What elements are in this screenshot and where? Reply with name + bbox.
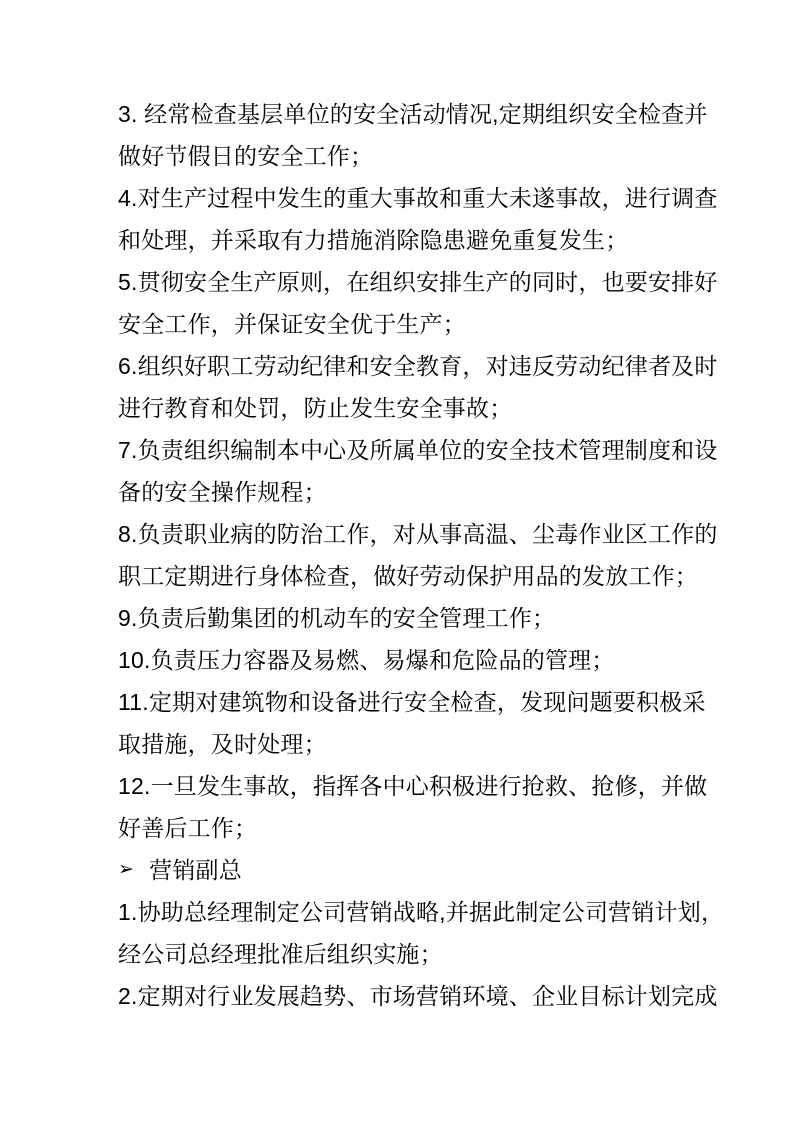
text-line: 4.对生产过程中发生的重大事故和重大未遂事故，进行调查	[118, 177, 680, 219]
list-item-10: 10.负责压力容器及易燃、易爆和危险品的管理；	[118, 639, 680, 681]
text-line: 8.负责职业病的防治工作，对从事高温、尘毒作业区工作的	[118, 513, 680, 555]
text-line: 安全工作，并保证安全优于生产；	[118, 303, 680, 345]
section-heading-line: ➢ 营销副总	[118, 849, 680, 891]
document-body: 3. 经常检查基层单位的安全活动情况,定期组织安全检查并 做好节假日的安全工作；…	[118, 93, 680, 1017]
list-item-8: 8.负责职业病的防治工作，对从事高温、尘毒作业区工作的 职工定期进行身体检查，做…	[118, 513, 680, 597]
text-line: 和处理，并采取有力措施消除隐患避免重复发生；	[118, 219, 680, 261]
document-page: { "page": { "background_color": "#ffffff…	[0, 0, 793, 1122]
arrowhead-bullet-icon: ➢	[118, 849, 134, 891]
text-line: 6.组织好职工劳动纪律和安全教育，对违反劳动纪律者及时	[118, 345, 680, 387]
text-line: 2.定期对行业发展趋势、市场营销环境、企业目标计划完成	[118, 975, 680, 1017]
list-item-1: 1.协助总经理制定公司营销战略,并据此制定公司营销计划， 经公司总经理批准后组织…	[118, 891, 680, 975]
list-item-11: 11.定期对建筑物和设备进行安全检查，发现问题要积极采 取措施，及时处理；	[118, 681, 680, 765]
list-item-6: 6.组织好职工劳动纪律和安全教育，对违反劳动纪律者及时 进行教育和处罚，防止发生…	[118, 345, 680, 429]
text-line: 7.负责组织编制本中心及所属单位的安全技术管理制度和设	[118, 429, 680, 471]
text-line: 5.贯彻安全生产原则，在组织安排生产的同时，也要安排好	[118, 261, 680, 303]
text-line: 做好节假日的安全工作；	[118, 135, 680, 177]
text-line: 12.一旦发生事故，指挥各中心积极进行抢救、抢修，并做	[118, 765, 680, 807]
list-item-9: 9.负责后勤集团的机动车的安全管理工作；	[118, 597, 680, 639]
text-line: 3. 经常检查基层单位的安全活动情况,定期组织安全检查并	[118, 93, 680, 135]
list-item-3: 3. 经常检查基层单位的安全活动情况,定期组织安全检查并 做好节假日的安全工作；	[118, 93, 680, 177]
text-line: 好善后工作；	[118, 807, 680, 849]
text-line: 职工定期进行身体检查，做好劳动保护用品的发放工作；	[118, 555, 680, 597]
text-line: 经公司总经理批准后组织实施；	[118, 933, 680, 975]
text-line: 9.负责后勤集团的机动车的安全管理工作；	[118, 597, 680, 639]
text-line: 10.负责压力容器及易燃、易爆和危险品的管理；	[118, 639, 680, 681]
list-item-12: 12.一旦发生事故，指挥各中心积极进行抢救、抢修，并做 好善后工作；	[118, 765, 680, 849]
text-line: 11.定期对建筑物和设备进行安全检查，发现问题要积极采	[118, 681, 680, 723]
section-heading-text: 营销副总	[149, 849, 242, 891]
list-item-2: 2.定期对行业发展趋势、市场营销环境、企业目标计划完成	[118, 975, 680, 1017]
list-item-7: 7.负责组织编制本中心及所属单位的安全技术管理制度和设 备的安全操作规程；	[118, 429, 680, 513]
text-line: 备的安全操作规程；	[118, 471, 680, 513]
text-line: 1.协助总经理制定公司营销战略,并据此制定公司营销计划，	[118, 891, 680, 933]
text-line: 进行教育和处罚，防止发生安全事故；	[118, 387, 680, 429]
text-line: 取措施，及时处理；	[118, 723, 680, 765]
section-heading-marketing-vp: ➢ 营销副总	[118, 849, 680, 891]
list-item-5: 5.贯彻安全生产原则，在组织安排生产的同时，也要安排好 安全工作，并保证安全优于…	[118, 261, 680, 345]
list-item-4: 4.对生产过程中发生的重大事故和重大未遂事故，进行调查 和处理，并采取有力措施消…	[118, 177, 680, 261]
